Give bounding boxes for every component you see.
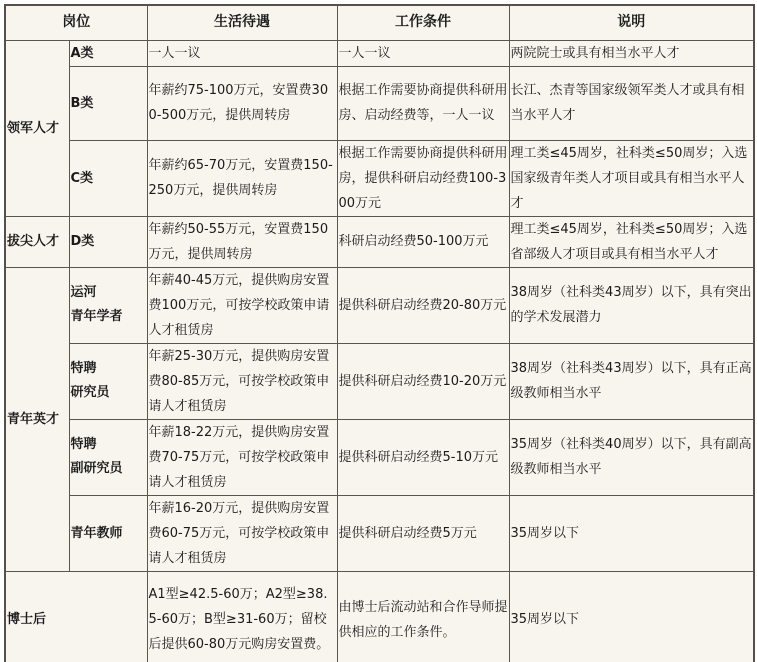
work-cell: 提供科研启动经费5-10万元	[337, 419, 509, 495]
table-row: 领军人才 A类 一人一议 一人一议 两院院士或具有相当水平人才	[5, 40, 754, 66]
group-postdoc: 博士后	[5, 571, 147, 662]
group-youth: 青年英才	[5, 267, 69, 571]
living-cell: 年薪约65-70万元，安置费150-250万元，提供周转房	[147, 140, 337, 216]
header-row: 岗位 生活待遇 工作条件 说明	[5, 5, 754, 40]
living-cell: A1型≥42.5-60万；A2型≥38.5-60万；B型≥31-60万；留校后提…	[147, 571, 337, 662]
table-row: 青年英才 运河 青年学者 年薪40-45万元，提供购房安置费100万元，可按学校…	[5, 267, 754, 343]
sub-label-line1: 运河	[71, 281, 146, 305]
work-cell: 根据工作需要协商提供科研用房，提供科研启动经费100-300万元	[337, 140, 509, 216]
sub-label-line2: 副研究员	[71, 457, 146, 481]
sub-label-line1: 特聘	[71, 433, 146, 457]
row-sub-label: 运河 青年学者	[69, 267, 147, 343]
living-cell: 年薪18-22万元，提供购房安置费70-75万元，可按学校政策申请人才租赁房	[147, 419, 337, 495]
note-cell: 长江、杰青等国家级领军类人才或具有相当水平人才	[509, 66, 754, 140]
row-sub-label: 特聘 研究员	[69, 343, 147, 419]
row-sub-label: C类	[69, 140, 147, 216]
work-cell: 提供科研启动经费10-20万元	[337, 343, 509, 419]
row-sub-label: D类	[69, 216, 147, 267]
sub-label-line2: 研究员	[71, 381, 146, 405]
table-row: 拔尖人才 D类 年薪约50-55万元，安置费150万元，提供周转房 科研启动经费…	[5, 216, 754, 267]
header-living: 生活待遇	[147, 5, 337, 40]
header-work: 工作条件	[337, 5, 509, 40]
note-cell: 38周岁（社科类43周岁）以下，具有正高级教师相当水平	[509, 343, 754, 419]
living-cell: 一人一议	[147, 40, 337, 66]
note-cell: 35周岁以下	[509, 571, 754, 662]
work-cell: 根据工作需要协商提供科研用房、启动经费等，一人一议	[337, 66, 509, 140]
living-cell: 年薪25-30万元，提供购房安置费80-85万元，可按学校政策申请人才租赁房	[147, 343, 337, 419]
group-leader: 领军人才	[5, 40, 69, 216]
sub-label-line2: 青年学者	[71, 305, 146, 329]
living-cell: 年薪16-20万元，提供购房安置费60-75万元，可按学校政策申请人才租赁房	[147, 495, 337, 571]
row-sub-label: 青年教师	[69, 495, 147, 571]
note-cell: 38周岁（社科类43周岁）以下，具有突出的学术发展潜力	[509, 267, 754, 343]
work-cell: 由博士后流动站和合作导师提供相应的工作条件。	[337, 571, 509, 662]
note-cell: 35周岁（社科类40周岁）以下，具有副高级教师相当水平	[509, 419, 754, 495]
header-note: 说明	[509, 5, 754, 40]
living-cell: 年薪40-45万元，提供购房安置费100万元，可按学校政策申请人才租赁房	[147, 267, 337, 343]
group-top: 拔尖人才	[5, 216, 69, 267]
row-sub-label: 特聘 副研究员	[69, 419, 147, 495]
table-row: 特聘 副研究员 年薪18-22万元，提供购房安置费70-75万元，可按学校政策申…	[5, 419, 754, 495]
row-sub-label: A类	[69, 40, 147, 66]
work-cell: 提供科研启动经费20-80万元	[337, 267, 509, 343]
table-row: 特聘 研究员 年薪25-30万元，提供购房安置费80-85万元，可按学校政策申请…	[5, 343, 754, 419]
living-cell: 年薪约50-55万元，安置费150万元，提供周转房	[147, 216, 337, 267]
table-row: C类 年薪约65-70万元，安置费150-250万元，提供周转房 根据工作需要协…	[5, 140, 754, 216]
table-row: B类 年薪约75-100万元，安置费300-500万元，提供周转房 根据工作需要…	[5, 66, 754, 140]
note-cell: 两院院士或具有相当水平人才	[509, 40, 754, 66]
living-cell: 年薪约75-100万元，安置费300-500万元，提供周转房	[147, 66, 337, 140]
work-cell: 一人一议	[337, 40, 509, 66]
table-row: 博士后 A1型≥42.5-60万；A2型≥38.5-60万；B型≥31-60万；…	[5, 571, 754, 662]
note-cell: 理工类≤45周岁，社科类≤50周岁；入选省部级人才项目或具有相当水平人才	[509, 216, 754, 267]
talent-policy-table: 岗位 生活待遇 工作条件 说明 领军人才 A类 一人一议 一人一议 两院院士或具…	[4, 4, 755, 662]
row-sub-label: B类	[69, 66, 147, 140]
work-cell: 提供科研启动经费5万元	[337, 495, 509, 571]
work-cell: 科研启动经费50-100万元	[337, 216, 509, 267]
sub-label-line1: 特聘	[71, 357, 146, 381]
table-row: 青年教师 年薪16-20万元，提供购房安置费60-75万元，可按学校政策申请人才…	[5, 495, 754, 571]
note-cell: 理工类≤45周岁，社科类≤50周岁；入选国家级青年类人才项目或具有相当水平人才	[509, 140, 754, 216]
note-cell: 35周岁以下	[509, 495, 754, 571]
header-position: 岗位	[5, 5, 147, 40]
